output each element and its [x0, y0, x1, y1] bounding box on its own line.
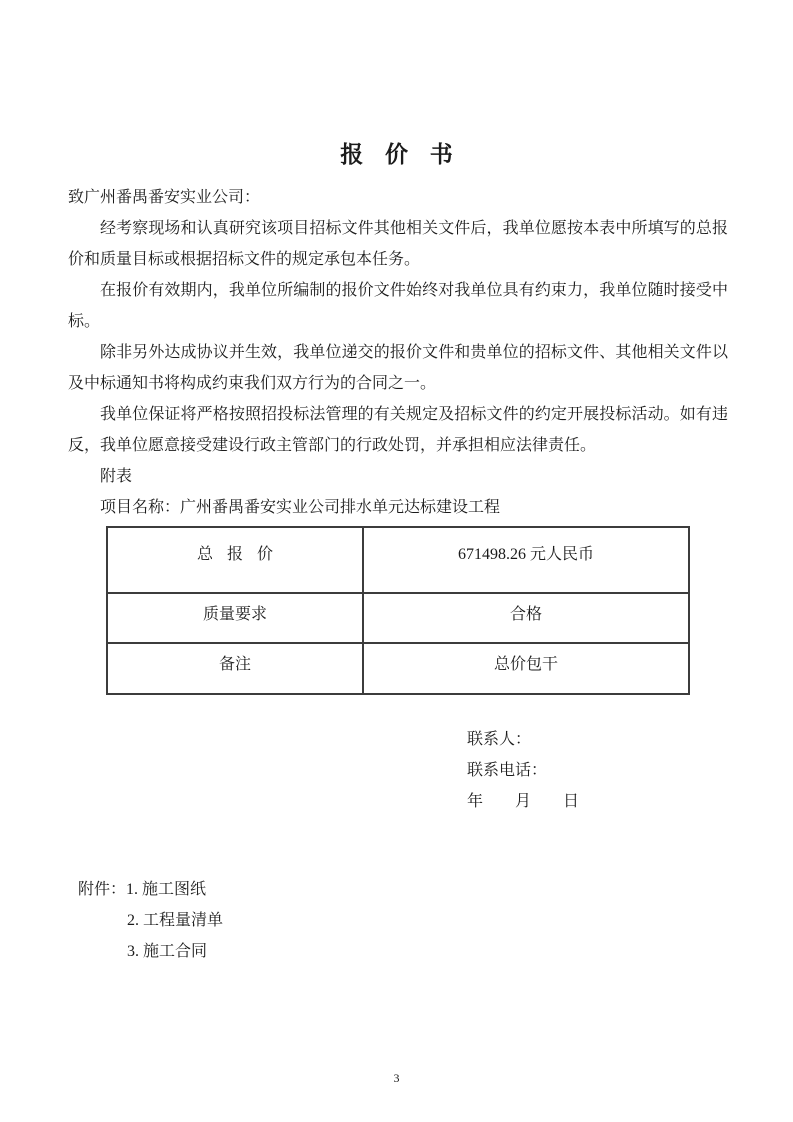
- attachment-item-3: 3. 施工合同: [78, 936, 223, 967]
- salutation: 致广州番禺番安实业公司：: [68, 182, 728, 213]
- contact-person-label: 联系人：: [467, 724, 579, 755]
- attachments-block: 附件：1. 施工图纸 2. 工程量清单 3. 施工合同: [78, 874, 223, 967]
- document-page: 报 价 书 致广州番禺番安实业公司： 经考察现场和认真研究该项目招标文件其他相关…: [0, 0, 793, 1122]
- project-name-line: 项目名称：广州番禺番安实业公司排水单元达标建设工程: [68, 492, 728, 523]
- quality-value-cell: 合格: [363, 593, 689, 643]
- attachment-line-1: 附件：1. 施工图纸: [78, 874, 223, 905]
- table-row-remarks: 备注 总价包干: [107, 643, 689, 694]
- appendix-label: 附表: [68, 461, 728, 492]
- table-row-quality: 质量要求 合格: [107, 593, 689, 643]
- paragraph-4: 我单位保证将严格按照招投标法管理的有关规定及招标文件的约定开展投标活动。如有违反…: [68, 399, 728, 461]
- paragraph-1: 经考察现场和认真研究该项目招标文件其他相关文件后，我单位愿按本表中所填写的总报价…: [68, 213, 728, 275]
- document-title: 报 价 书: [0, 138, 793, 172]
- paragraph-2: 在报价有效期内，我单位所编制的报价文件始终对我单位具有约束力，我单位随时接受中标…: [68, 275, 728, 337]
- contact-phone-label: 联系电话：: [467, 755, 579, 786]
- total-price-value-cell: 671498.26 元人民币: [363, 527, 689, 593]
- attachment-item-1: 1. 施工图纸: [126, 881, 206, 898]
- signature-block: 联系人： 联系电话： 年 月 日: [467, 724, 579, 817]
- remarks-label-cell: 备注: [107, 643, 363, 694]
- table-row-total-price: 总 报 价 671498.26 元人民币: [107, 527, 689, 593]
- attachments-label: 附件：: [78, 881, 126, 898]
- quality-label-cell: 质量要求: [107, 593, 363, 643]
- page-number: 3: [0, 1070, 793, 1086]
- paragraph-3: 除非另外达成协议并生效，我单位递交的报价文件和贵单位的招标文件、其他相关文件以及…: [68, 337, 728, 399]
- remarks-value-cell: 总价包干: [363, 643, 689, 694]
- document-body: 致广州番禺番安实业公司： 经考察现场和认真研究该项目招标文件其他相关文件后，我单…: [68, 182, 728, 695]
- total-price-label-cell: 总 报 价: [107, 527, 363, 593]
- date-line: 年 月 日: [467, 786, 579, 817]
- quote-table: 总 报 价 671498.26 元人民币 质量要求 合格 备注 总价包干: [106, 526, 690, 695]
- attachment-item-2: 2. 工程量清单: [78, 905, 223, 936]
